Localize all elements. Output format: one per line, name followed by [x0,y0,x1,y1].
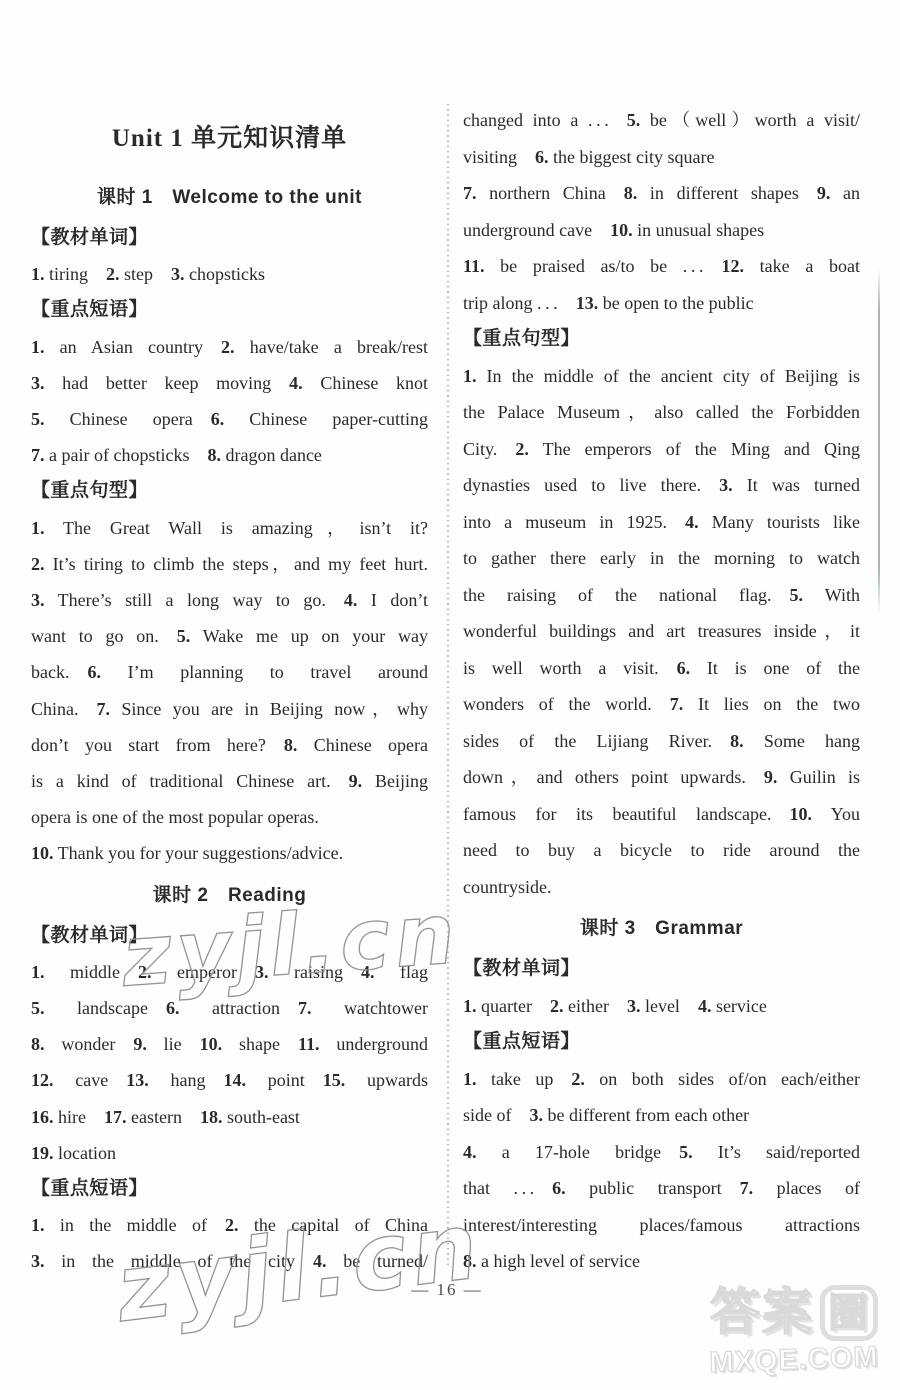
text-line: underground cave 10. in unusual shapes [463,212,860,249]
text-line: 3. There’s still a long way to go. 4. I … [31,582,428,618]
text-line: 7. northern China 8. in different shapes… [463,175,860,212]
logo-cn-text: 答案圈 [694,1284,894,1341]
text-line: 1. tiring 2. step 3. chopsticks [31,256,428,292]
section-header: 【教材单词】 [31,918,428,954]
text-line: changed into a . . . 5. be（well）worth a … [463,102,860,139]
text-line: need to buy a bicycle to ride around the [463,832,860,869]
text-line: don’t you start from here? 8. Chinese op… [31,727,428,763]
logo-site-text: MXQE.COM [693,1341,894,1381]
section-header: 【教材单词】 [31,220,428,256]
text-line: 1. take up 2. on both sides of/on each/e… [463,1061,860,1098]
text-line: countryside. [463,869,860,906]
text-line: 12. cave 13. hang 14. point 15. upwards [31,1062,428,1098]
text-line: the raising of the national flag. 5. Wit… [463,577,860,614]
text-line: dynasties used to live there. 3. It was … [463,467,860,504]
text-line: the Palace Museum，also called the Forbid… [463,394,860,431]
text-line: that . . . 6. public transport 7. places… [463,1170,860,1207]
text-line: is well worth a visit. 6. It is one of t… [463,650,860,687]
text-line: 1. The Great Wall is amazing，isn’t it? [31,510,428,546]
lesson-heading: 课时 3 Grammar [463,911,860,947]
text-line: 8. wonder 9. lie 10. shape 11. undergrou… [31,1026,428,1062]
section-header: 【重点句型】 [31,473,428,509]
text-line: wonders of the world. 7. It lies on the … [463,686,860,723]
text-line: interest/interesting places/famous attra… [463,1207,860,1244]
text-line: down，and others point upwards. 9. Guilin… [463,759,860,796]
text-line: 1. In the middle of the ancient city of … [463,358,860,395]
section-header: 【教材单词】 [463,951,860,988]
text-line: 1. quarter 2. either 3. level 4. service [463,988,860,1025]
text-line: back. 6. I’m planning to travel around [31,654,428,690]
text-line: 5. landscape 6. attraction 7. watchtower [31,990,428,1026]
text-line: visiting 6. the biggest city square [463,139,860,176]
text-line: 16. hire 17. eastern 18. south-east [31,1099,428,1135]
lesson-heading: 课时 1 Welcome to the unit [31,180,428,216]
text-line: 19. location [31,1135,428,1171]
text-line: to gather there early in the morning to … [463,540,860,577]
text-line: side of 3. be different from each other [463,1097,860,1134]
left-text-column: Unit 1 单元知识清单课时 1 Welcome to the unit【教材… [31,117,428,1280]
answer-circle-logo: 答案圈 MXQE.COM [694,1284,894,1377]
text-line: want to go on. 5. Wake me up on your way [31,618,428,654]
logo-circle-character: 圈 [820,1285,878,1341]
text-line: trip along . . . 13. be open to the publ… [463,285,860,322]
page-edge-scan-line [878,268,880,613]
page-title: Unit 1 单元知识清单 [31,117,428,161]
text-line: is a kind of traditional Chinese art. 9.… [31,763,428,799]
text-line: 3. in the middle of the city 4. be turne… [31,1243,428,1279]
text-line: 1. in the middle of 2. the capital of Ch… [31,1207,428,1243]
text-line: 4. a 17-hole bridge 5. It’s said/reporte… [463,1134,860,1171]
page-number: — 16 — [347,1280,547,1300]
text-line: 3. had better keep moving 4. Chinese kno… [31,365,428,401]
text-line: 10. Thank you for your suggestions/advic… [31,835,428,871]
text-line: opera is one of the most popular operas. [31,799,428,835]
text-line: China. 7. Since you are in Beijing now，w… [31,691,428,727]
text-line: sides of the Lijiang River. 8. Some hang [463,723,860,760]
section-header: 【重点短语】 [31,292,428,328]
text-line: wonderful buildings and art treasures in… [463,613,860,650]
right-text-column: changed into a . . . 5. be（well）worth a … [463,102,860,1280]
scanned-page: { "page": { "page_number": "— 16 —", "wa… [0,0,900,1390]
text-line: 5. Chinese opera 6. Chinese paper-cuttin… [31,401,428,437]
text-line: famous for its beautiful landscape. 10. … [463,796,860,833]
text-line: 1. middle 2. emperor 3. raising 4. flag [31,954,428,990]
text-line: into a museum in 1925. 4. Many tourists … [463,504,860,541]
text-line: 7. a pair of chopsticks 8. dragon dance [31,437,428,473]
lesson-heading: 课时 2 Reading [31,878,428,914]
section-header: 【重点短语】 [31,1171,428,1207]
text-line: 1. an Asian country 2. have/take a break… [31,329,428,365]
section-header: 【重点短语】 [463,1024,860,1061]
text-line: 11. be praised as/to be . . . 12. take a… [463,248,860,285]
column-divider-dotted-line [447,104,449,1268]
text-line: 2. It’s tiring to climb the steps，and my… [31,546,428,582]
text-line: 8. a high level of service [463,1243,860,1280]
text-line: City. 2. The emperors of the Ming and Qi… [463,431,860,468]
section-header: 【重点句型】 [463,321,860,358]
